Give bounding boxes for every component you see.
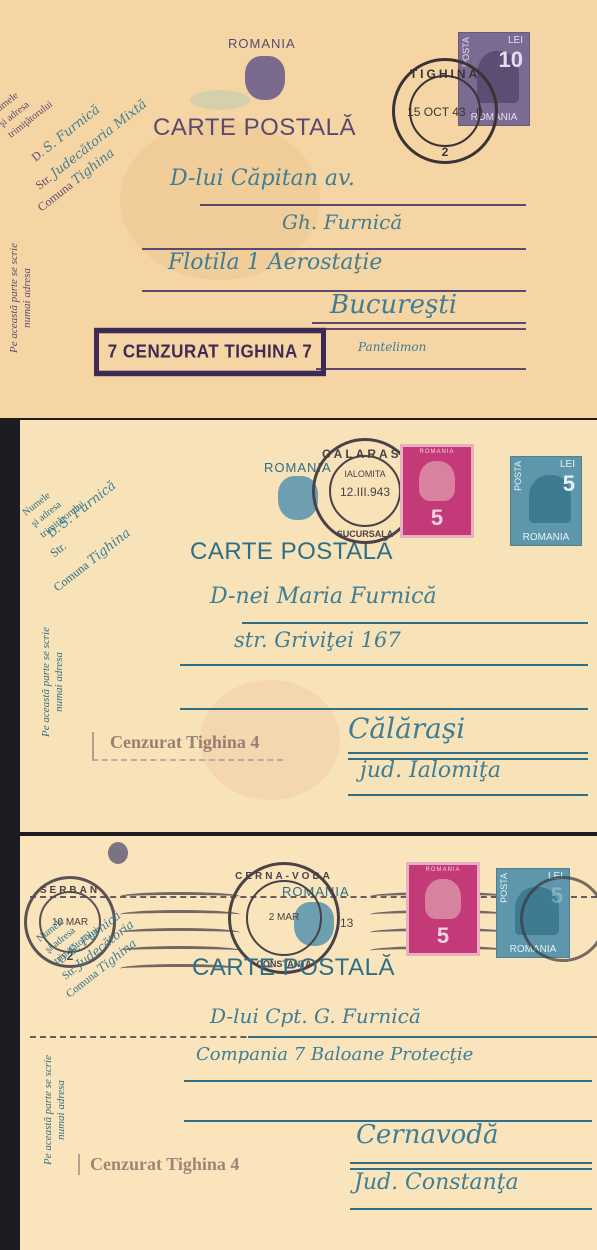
address-side-note: Pe această parte se scrie numai adresa [42,1020,68,1200]
address-line-2: str. Griviţei 167 [234,628,401,652]
portrait-icon [419,461,455,501]
stamp-value: 5 [409,923,477,949]
imprinted-stamp: LEI 5 POSTA ROMANIA [510,456,582,546]
machine-cancel-wave [120,928,240,937]
added-stamp: ROMANIA 5 [400,444,474,538]
stamp-value: 5 [403,505,471,531]
sender-town: Tighina [85,526,133,568]
portrait-icon [425,879,461,919]
stamp-side-label: POSTA [513,461,523,491]
address-double-rule [312,322,526,330]
machine-cancel-wave [120,892,240,901]
postmark-tighina: TIGHINA 15 OCT 43 · 0 2 [392,58,498,164]
address-rule [180,708,588,710]
sender-block: Numele şi adresa trimiţătorului [0,71,63,142]
stamp-unit: LEI [560,459,575,470]
address-line-4: jud. Ialomiţa [360,758,501,783]
postmark-date: 2 MAR [231,912,337,923]
address-line-1: D-lui Căpitan av. [170,166,355,191]
address-line-5: Pantelimon [358,340,426,354]
postmark-city: TIGHINA [395,67,495,81]
side-note-line: numai adresa [55,1020,68,1200]
address-rule [242,622,588,624]
postmark-city: SERBAN [27,885,113,896]
postcard-2: Numele şi adresa trimiţătorului D. S. Fu… [20,420,597,832]
stamp-country: ROMANIA [405,449,469,455]
address-line-1: D-nei Maria Furnică [210,584,437,609]
ink-blot [108,842,128,864]
address-line-2: Compania 7 Baloane Protecţie [196,1044,473,1065]
address-rule [350,1208,592,1210]
address-side-note: Pe această parte se scrie numai adresa [8,208,34,388]
stamp-value: 5 [563,471,575,497]
stamp-country: ROMANIA [511,532,581,543]
address-line-4: Jud. Constanţa [354,1170,519,1195]
added-stamp: ROMANIA 5 [406,862,480,956]
address-rule [184,1080,592,1082]
censor-mark: Cenzurat Tighina 4 [92,732,283,761]
stamp-side-label: POSTA [499,873,509,903]
address-rule [348,794,588,796]
address-line-4: Bucureşti [330,290,457,320]
postmark-city: CERNA-VODA [231,871,337,882]
address-rule [200,204,526,206]
address-line-3: Flotila 1 Aerostaţie [168,250,382,275]
stamp-value: 10 [499,47,523,73]
sender-label: Comuna [51,558,92,594]
postcard-1: Numele şi adresa trimiţătorului D. S. Fu… [0,0,597,418]
card-title: CARTE POSTALĂ [153,114,356,142]
sender-label: Str. [47,539,68,560]
address-double-rule [350,1162,592,1170]
postcard-3: SERBAN 10 MAR 2 Numele şi adresa trimiţă… [20,836,597,1250]
card-title: CARTE POSTALĂ [192,954,395,982]
coat-of-arms-icon [245,56,285,100]
stamp-unit: LEI [508,35,523,46]
postmark-date: 15 OCT 43 · 0 [395,105,495,119]
address-rule [316,368,526,370]
stamp-country: ROMANIA [411,867,475,873]
side-note-line: numai adresa [21,208,34,388]
censor-mark: Cenzurat Tighina 4 [78,1154,259,1175]
postmark-number: 2 [395,145,495,159]
side-note-line: Pe această parte se scrie [42,1020,55,1200]
address-line-3: Cernavodă [356,1120,498,1150]
address-line-1: D-lui Cpt. G. Furnică [210,1004,421,1028]
ink-stain [190,90,250,110]
address-side-note: Pe această parte se scrie numai adresa [40,592,66,772]
sender-street-row: Str. [47,539,68,560]
sender-town-row: Comuna Tighina [51,526,134,595]
address-rule [248,1036,592,1038]
side-note-line: numai adresa [53,592,66,772]
postmark-hour: 13 [340,916,353,930]
address-line-3: Călăraşi [348,712,465,745]
censor-mark: 7 CENZURAT TIGHINA 7 [94,328,326,376]
machine-cancel-wave [120,910,240,919]
address-line-2: Gh. Furnică [282,210,402,234]
postmark-partial [520,876,597,962]
side-note-line: Pe această parte se scrie [40,592,53,772]
side-note-line: Pe această parte se scrie [8,208,21,388]
address-rule [180,664,588,666]
